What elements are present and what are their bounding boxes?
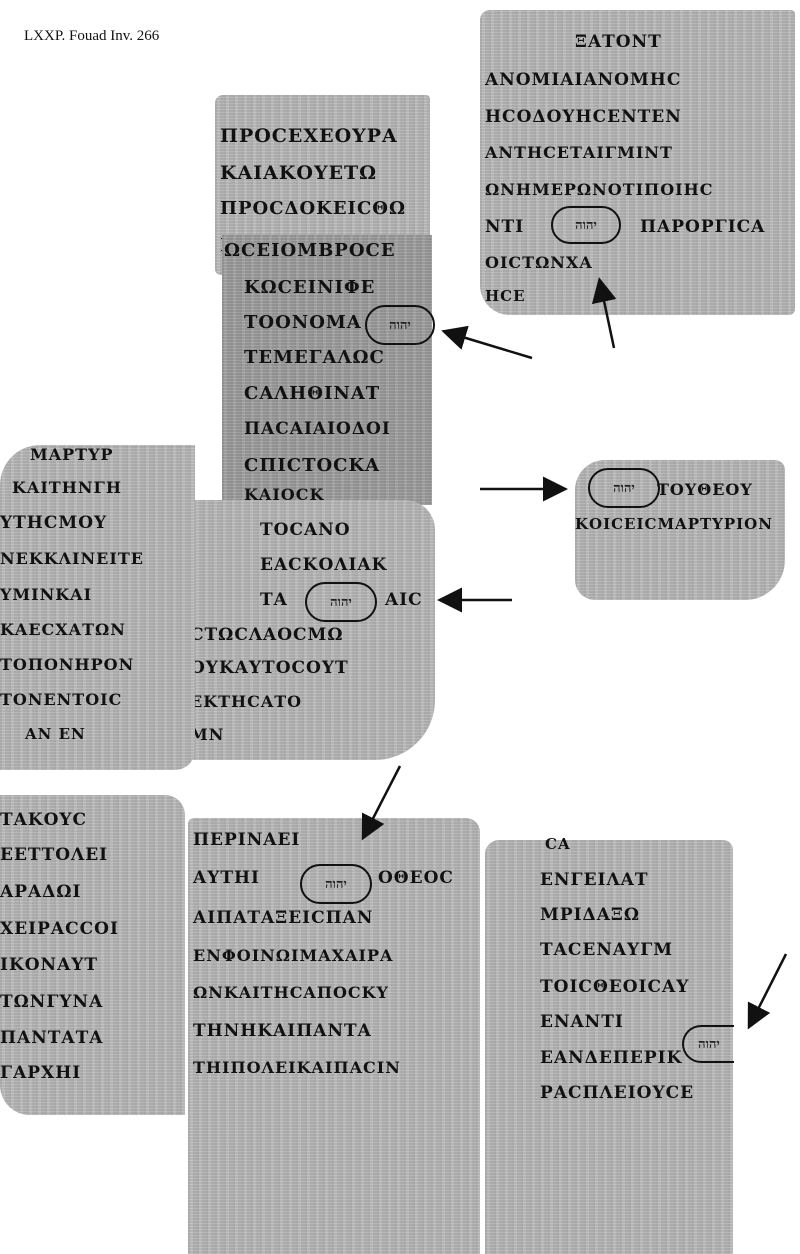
arrow-icon: [364, 282, 786, 1025]
pointer-arrows: [0, 0, 800, 1254]
